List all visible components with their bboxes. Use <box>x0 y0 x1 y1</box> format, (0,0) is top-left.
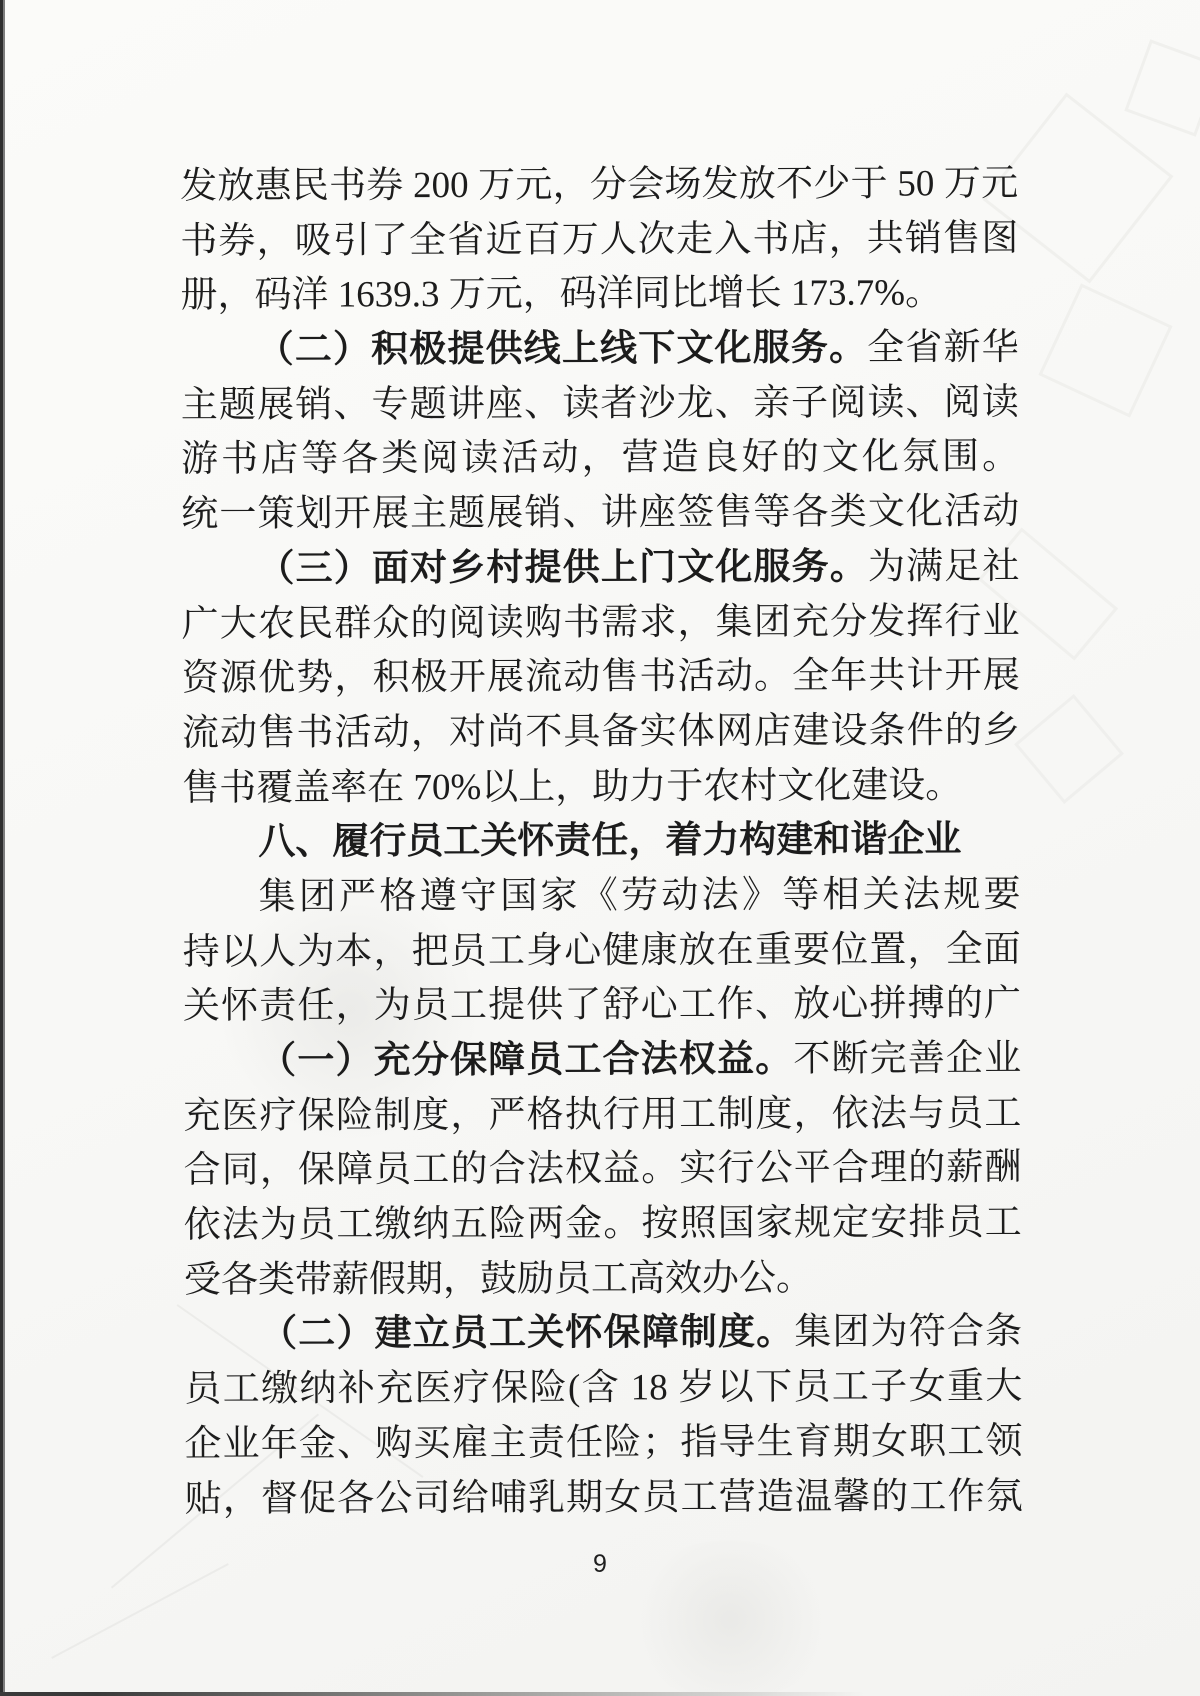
heading-segment: （一）充分保障员工合法权益。 <box>259 1039 793 1082</box>
text-line: 充医疗保险制度，严格执行用工制度，依法与员工签订劳动 <box>183 1087 1021 1145</box>
text-line: 资源优势，积极开展流动售书活动。全年共计开展 400 余场 <box>182 649 1020 707</box>
body-segment: 合同，保障员工的合法权益。实行公平合理的薪酬分配制度， <box>183 1147 1021 1199</box>
text-line: 受各类带薪假期，鼓励员工高效办公。 <box>184 1251 1022 1309</box>
text-line: 企业年金、购买雇主责任险；指导生育期女职工领取生育补 <box>184 1415 1022 1473</box>
heading-segment: 八、履行员工关怀责任，着力构建和谐企业 <box>258 820 961 863</box>
text-line: 统一策划开展主题展销、讲座签售等各类文化活动近 200 场。 <box>181 485 1019 543</box>
body-segment: 员工缴纳补充医疗保险(含 18 岁以下员工子女重大疾病险)、 <box>184 1366 1022 1418</box>
text-line: 合同，保障员工的合法权益。实行公平合理的薪酬分配制度， <box>183 1141 1021 1199</box>
body-segment: 册，码洋 1639.3 万元，码洋同比增长 173.7%。 <box>180 273 942 317</box>
body-segment: 资源优势，积极开展流动售书活动。全年共计开展 400 余场 <box>182 655 1020 707</box>
watermark-shape <box>1014 694 1124 804</box>
body-segment: 主题展销、专题讲座、读者沙龙、亲子阅读、阅读摄影、“云” <box>181 382 1019 434</box>
text-line: （一）充分保障员工合法权益。不断完善企业年金和补 <box>183 1032 1021 1090</box>
text-line: 关怀责任，为员工提供了舒心工作、放心拼搏的广阔平台。 <box>183 977 1021 1035</box>
body-segment: 充医疗保险制度，严格执行用工制度，依法与员工签订劳动 <box>183 1093 1021 1145</box>
text-line: 发放惠民书券 200 万元，分会场发放不少于 50 万元的惠民 <box>180 157 1018 215</box>
text-line: 员工缴纳补充医疗保险(含 18 岁以下员工子女重大疾病险)、 <box>184 1360 1022 1418</box>
text-line: 流动售书活动，对尚不具备实体网店建设条件的乡镇，流动 <box>182 704 1020 762</box>
text-line: （二）积极提供线上线下文化服务。全省新华书店开展 <box>181 321 1019 379</box>
heading-segment: （三）面对乡村提供上门文化服务。 <box>257 546 868 589</box>
heading-segment: （二）建立员工关怀保障制度。 <box>260 1312 794 1355</box>
body-segment: 关怀责任，为员工提供了舒心工作、放心拼搏的广阔平台。 <box>183 983 1021 1035</box>
heading-segment: （二）积极提供线上线下文化服务。 <box>257 328 868 371</box>
body-segment: 广大农民群众的阅读购书需求，集团充分发挥行业系统文化 <box>182 601 1020 653</box>
body-segment: 持以人为本，把员工身心健康放在重要位置，全面履行员工 <box>183 929 1021 981</box>
body-segment: 书券，吸引了全省近百万人次走入书店，共销售图书 41.2 万 <box>180 218 1018 270</box>
text-line: （二）建立员工关怀保障制度。集团为符合条件的在职 <box>184 1306 1022 1364</box>
text-line: 依法为员工缴纳五险两金。按照国家规定安排员工休假，享 <box>184 1196 1022 1254</box>
body-segment: 集团严格遵守国家《劳动法》等相关法规要求，始终坚 <box>259 874 1021 926</box>
body-segment: 游书店等各类阅读活动，营造良好的文化氛围。2022 年全省 <box>181 437 1019 489</box>
watermark-shape <box>1038 283 1172 417</box>
scanned-page: 发放惠民书券 200 万元，分会场发放不少于 50 万元的惠民书券，吸引了全省近… <box>0 0 1200 1696</box>
body-segment: 售书覆盖率在 70%以上，助力于农村文化建设。 <box>182 765 962 809</box>
text-line: 册，码洋 1639.3 万元，码洋同比增长 173.7%。 <box>180 266 1018 324</box>
body-segment: 发放惠民书券 200 万元，分会场发放不少于 50 万元的惠民 <box>180 163 1018 215</box>
page-number: 9 <box>570 1550 630 1579</box>
text-line: 游书店等各类阅读活动，营造良好的文化氛围。2022 年全省 <box>181 431 1019 489</box>
body-segment: 贴，督促各公司给哺乳期女员工营造温馨的工作氛围；申领 <box>185 1476 1023 1528</box>
text-line: 贴，督促各公司给哺乳期女员工营造温馨的工作氛围；申领 <box>185 1470 1023 1528</box>
scan-edge-bottom <box>0 1692 1200 1696</box>
text-line: 售书覆盖率在 70%以上，助力于农村文化建设。 <box>182 759 1020 817</box>
text-line: 主题展销、专题讲座、读者沙龙、亲子阅读、阅读摄影、“云” <box>181 376 1019 434</box>
body-segment: 流动售书活动，对尚不具备实体网店建设条件的乡镇，流动 <box>182 710 1020 762</box>
body-segment: 依法为员工缴纳五险两金。按照国家规定安排员工休假，享 <box>184 1202 1022 1254</box>
watermark-shape <box>1124 39 1200 136</box>
scan-blotch <box>620 1540 840 1696</box>
body-segment: 统一策划开展主题展销、讲座签售等各类文化活动近 200 场。 <box>181 491 1019 543</box>
text-line: 八、履行员工关怀责任，着力构建和谐企业 <box>182 813 1020 871</box>
body-segment: 企业年金、购买雇主责任险；指导生育期女职工领取生育补 <box>184 1421 1022 1473</box>
text-line: 广大农民群众的阅读购书需求，集团充分发挥行业系统文化 <box>182 595 1020 653</box>
text-line: 集团严格遵守国家《劳动法》等相关法规要求，始终坚 <box>182 868 1020 926</box>
document-text: 发放惠民书券 200 万元，分会场发放不少于 50 万元的惠民书券，吸引了全省近… <box>180 157 1023 1527</box>
scan-edge-left <box>0 0 6 1696</box>
text-line: 书券，吸引了全省近百万人次走入书店，共销售图书 41.2 万 <box>180 212 1018 270</box>
text-line: （三）面对乡村提供上门文化服务。为满足社会读者及 <box>181 540 1019 598</box>
crease-line <box>51 1563 229 1659</box>
text-line: 持以人为本，把员工身心健康放在重要位置，全面履行员工 <box>183 923 1021 981</box>
body-segment: 受各类带薪假期，鼓励员工高效办公。 <box>184 1258 813 1301</box>
